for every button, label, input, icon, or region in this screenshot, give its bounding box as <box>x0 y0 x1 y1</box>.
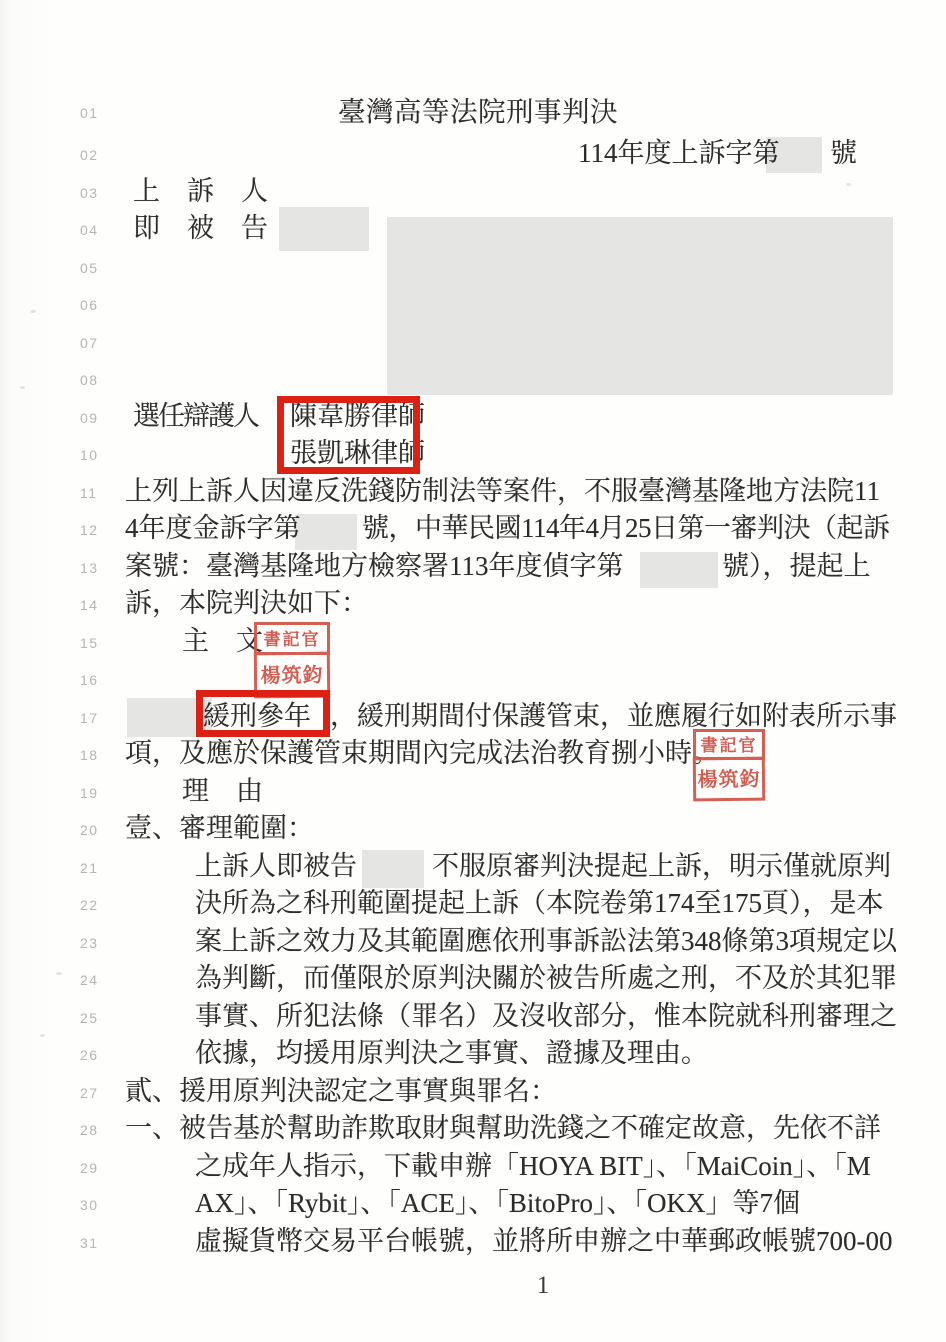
annotation-red-box <box>196 690 330 737</box>
line-number: 04 <box>80 222 99 238</box>
line-number: 09 <box>80 410 99 426</box>
text-segment: 之成年人指示，下載申辦「HOYA BIT」、「MaiCoin」、「M <box>195 1151 871 1182</box>
text-segment: 不服原審判決提起上訴，明示僅就原判 <box>432 851 891 882</box>
text-segment: 上列上訴人因違反洗錢防制法等案件，不服臺灣基隆地方法院11 <box>125 476 880 507</box>
text-segment: 壹、審理範圍： <box>125 813 314 844</box>
line-number: 07 <box>80 335 99 351</box>
line-number: 15 <box>80 635 99 651</box>
redaction-box <box>295 514 357 550</box>
line-number: 23 <box>80 935 99 951</box>
text-segment: 項，及應於保護管束期間內完成法治教育捌小時。 <box>125 738 719 769</box>
text-segment: 案號：臺灣基隆地方檢察署113年度偵字第 <box>125 551 624 582</box>
line-number: 20 <box>80 822 99 838</box>
document-title: 臺灣高等法院刑事判決 <box>338 96 618 128</box>
line-number: 26 <box>80 1047 99 1063</box>
scan-speck <box>30 310 36 313</box>
scan-speck <box>56 972 62 975</box>
text-segment: 一、被告基於幫助詐欺取財與幫助洗錢之不確定故意，先依不詳 <box>125 1113 881 1144</box>
stamp-title: 書記官 <box>254 622 330 655</box>
line-number: 06 <box>80 297 99 313</box>
text-segment: 上 訴 人 <box>133 176 268 207</box>
line-number: 01 <box>80 105 99 121</box>
text-segment: 貳、援用原判決認定之事實與罪名： <box>125 1076 557 1107</box>
stamp-title: 書記官 <box>693 729 765 760</box>
text-segment: 案上訴之效力及其範圍應依刑事訴訟法第348條第3項規定以 <box>195 926 897 957</box>
line-number: 03 <box>80 185 99 201</box>
line-number: 08 <box>80 372 99 388</box>
text-segment: 號），提起上 <box>722 551 871 582</box>
stamp-name: 楊筑鈞 <box>693 757 765 802</box>
clerk-stamp: 書記官楊筑鈞 <box>254 622 330 698</box>
text-segment: 理 由 <box>182 776 263 807</box>
line-number: 05 <box>80 260 99 276</box>
line-number: 31 <box>80 1235 99 1251</box>
line-number: 12 <box>80 522 99 538</box>
text-segment: 為判斷，而僅限於原判決關於被告所處之刑，不及於其犯罪 <box>195 963 897 994</box>
page-number: 1 <box>528 1272 558 1300</box>
text-segment: 選任辯護人 <box>133 401 258 432</box>
line-number: 11 <box>80 485 98 501</box>
line-number: 25 <box>80 1010 99 1026</box>
text-segment: 訴，本院判決如下： <box>125 588 368 619</box>
text-segment: 虛擬貨幣交易平台帳號，並將所申辦之中華郵政帳號700-00 <box>195 1226 893 1257</box>
text-segment: ，緩刑期間付保護管束，並應履行如附表所示事 <box>330 701 897 732</box>
text-segment: AX」、「Rybit」、「ACE」、「BitoPro」、「OKX」等7個 <box>195 1188 800 1219</box>
text-segment: 決所為之科刑範圍提起上訴（本院卷第174至175頁），是本 <box>195 888 884 919</box>
line-number: 22 <box>80 897 99 913</box>
line-number: 19 <box>80 785 99 801</box>
line-number: 30 <box>80 1197 99 1213</box>
redaction-box <box>279 207 369 251</box>
line-number: 14 <box>80 597 99 613</box>
text-segment: 即 被 告 <box>133 213 268 244</box>
text-segment: 號，中華民國114年4月25日第一審判決（起訴 <box>362 513 890 544</box>
text-segment: 號 <box>830 138 857 169</box>
line-number: 10 <box>80 447 99 463</box>
scan-speck <box>40 1034 45 1037</box>
line-number: 13 <box>80 560 99 576</box>
annotation-red-box <box>277 396 420 474</box>
line-number: 17 <box>80 710 99 726</box>
redaction-box <box>387 217 893 395</box>
line-number: 24 <box>80 972 99 988</box>
line-number: 18 <box>80 747 99 763</box>
text-segment: 上訴人即被告 <box>195 851 357 882</box>
scan-speck <box>846 183 851 186</box>
text-segment: 依據，均援用原判決之事實、證據及理由。 <box>195 1038 708 1069</box>
text-segment: 事實、所犯法條（罪名）及沒收部分，惟本院就科刑審理之 <box>195 1001 897 1032</box>
document-page: 1 01臺灣高等法院刑事判決02114年度上訴字第號03上 訴 人04即 被 告… <box>0 0 946 1342</box>
text-segment: 主 文 <box>182 626 263 657</box>
redaction-box <box>362 850 424 888</box>
line-number: 28 <box>80 1122 99 1138</box>
text-segment: 114年度上訴字第 <box>578 138 780 169</box>
line-number: 21 <box>80 860 99 876</box>
text-segment: 4年度金訴字第 <box>125 513 301 544</box>
line-number: 16 <box>80 672 99 688</box>
clerk-stamp: 書記官楊筑鈞 <box>693 729 765 801</box>
scan-speck <box>20 386 25 389</box>
redaction-box <box>640 552 718 588</box>
line-number: 29 <box>80 1160 99 1176</box>
line-number: 02 <box>80 147 99 163</box>
line-number: 27 <box>80 1085 99 1101</box>
